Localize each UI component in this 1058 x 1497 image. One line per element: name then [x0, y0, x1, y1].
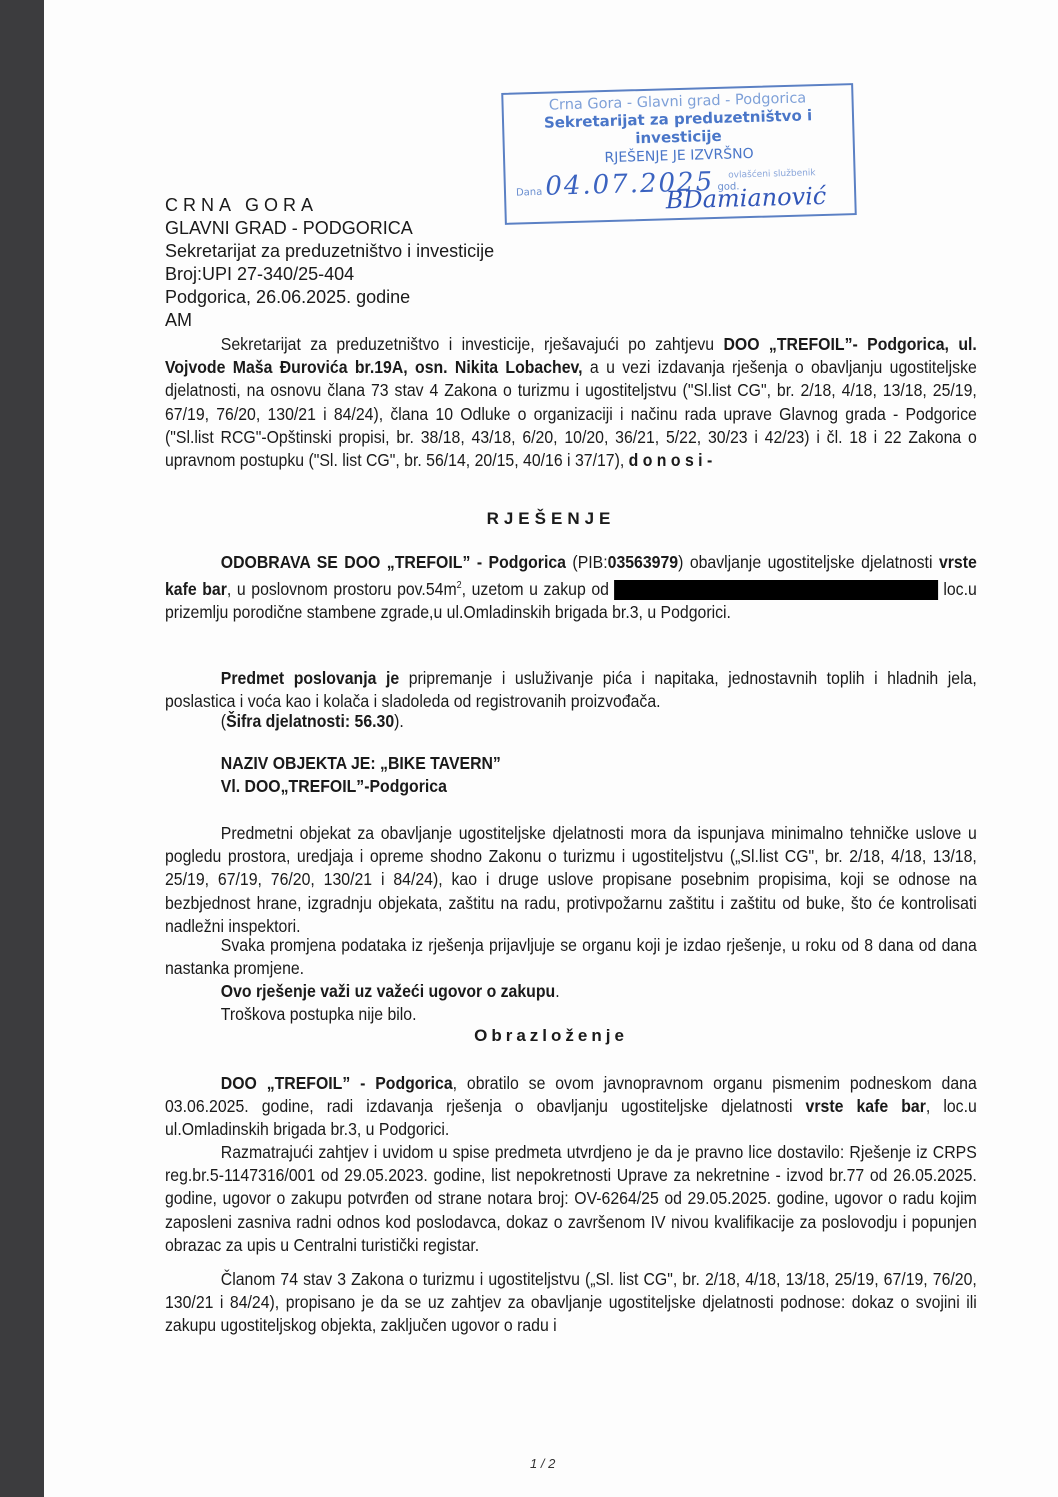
department-name: Sekretarijat za preduzetništvo i investi…: [165, 240, 494, 263]
intro-text: Sekretarijat za preduzetništvo i investi…: [221, 334, 724, 354]
change-notice-paragraph: Svaka promjena podataka iz rješenja prij…: [165, 934, 977, 980]
scan-border: [0, 0, 44, 1497]
city-name: GLAVNI GRAD - PODGORICA: [165, 217, 494, 240]
decides-label: d o n o s i -: [629, 450, 713, 470]
reasoning-paragraph-3: Članom 74 stav 3 Zakona o turizmu i ugos…: [165, 1268, 977, 1338]
lease-text: , uzetom u zakup od: [462, 579, 615, 599]
object-owner: Vl. DOO„TREFOIL”-Podgorica: [165, 775, 1033, 798]
costs-line: Troškova postupka nije bilo.: [165, 1003, 1033, 1026]
object-name: NAZIV OBJEKTA JE: „BIKE TAVERN”: [165, 752, 1033, 775]
stamp-date-label: Dana: [516, 187, 543, 199]
country-name: CRNA GORA: [165, 194, 494, 217]
lease-validity-line: Ovo rješenje važi uz važeći ugovor o zak…: [165, 980, 1033, 1003]
business-type: vrste kafe bar: [806, 1096, 926, 1116]
pib-number: 03563979: [608, 552, 678, 572]
reasoning-title: Obrazloženje: [44, 1026, 1058, 1046]
case-number: Broj:UPI 27-340/25-404: [165, 263, 494, 286]
business-subject-paragraph: Predmet poslovanja je pripremanje i uslu…: [165, 667, 977, 713]
redaction-box: [645, 580, 937, 600]
activity-code: Šifra djelatnosti: 56.30: [226, 711, 394, 731]
paren-close: ).: [394, 711, 404, 731]
document-header: CRNA GORA GLAVNI GRAD - PODGORICA Sekret…: [165, 194, 494, 332]
applicant-name: DOO „TREFOIL” - Podgorica: [221, 1073, 453, 1093]
decision-title: RJEŠENJE: [44, 509, 1058, 529]
technical-conditions-paragraph: Predmetni objekat za obavljanje ugostite…: [165, 822, 977, 938]
premises-area: , u poslovnom prostoru pov.54m: [227, 579, 457, 599]
approval-statement: ODOBRAVA SE DOO „TREFOIL” - Podgorica: [221, 552, 566, 572]
business-subject-label: Predmet poslovanja je: [221, 668, 399, 688]
document-date: Podgorica, 26.06.2025. godine: [165, 286, 494, 309]
decision-paragraph: ODOBRAVA SE DOO „TREFOIL” - Podgorica (P…: [165, 551, 977, 624]
intro-paragraph: Sekretarijat za preduzetništvo i investi…: [165, 333, 977, 472]
page-number: 1 / 2: [530, 1456, 555, 1471]
activity-code-line: (Šifra djelatnosti: 56.30).: [165, 710, 1033, 733]
signature: BDamianović: [665, 182, 826, 214]
reasoning-paragraph-1: DOO „TREFOIL” - Podgorica, obratilo se o…: [165, 1072, 977, 1142]
official-stamp: Crna Gora - Glavni grad - Podgorica Sekr…: [501, 83, 857, 225]
author-initials: AM: [165, 309, 494, 332]
lease-validity-text: Ovo rješenje važi uz važeći ugovor o zak…: [221, 981, 555, 1001]
activity-text: ) obavljanje ugostiteljske djelatnosti: [678, 552, 939, 572]
reasoning-paragraph-2: Razmatrajući zahtjev i uvidom u spise pr…: [165, 1141, 977, 1257]
period: .: [555, 981, 559, 1001]
pib-open: (PIB:: [566, 552, 608, 572]
